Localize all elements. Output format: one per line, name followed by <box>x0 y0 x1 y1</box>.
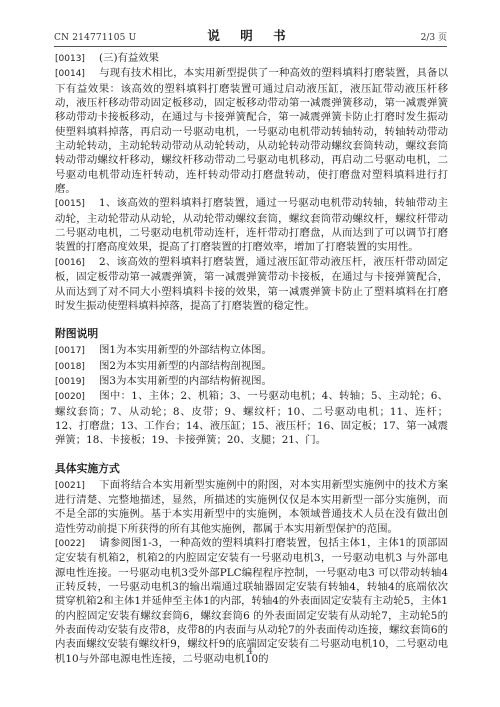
paragraph-0016: [0016]2、该高效的塑料填料打磨装置，通过液压缸带动液压杆，液压杆带动固定板… <box>55 255 448 313</box>
doc-title: 说 明 书 <box>54 26 447 44</box>
paragraph-0021: [0021]下面将结合本实用新型实施例中的附图，对本实用新型实施例中的技术方案进… <box>55 478 448 536</box>
paragraph-text: 1、该高效的塑料填料打磨装置，通过一号驱动电机带动转轴，转轴带动主动轮，主动轮带… <box>55 197 448 253</box>
paragraph-0019: [0019]图3为本实用新型的内部结构俯视图。 <box>55 374 448 389</box>
paragraph-0017: [0017]图1为本实用新型的外部结构立体图。 <box>55 343 448 358</box>
paragraph-text: 图2为本实用新型的内部结构剖视图。 <box>99 360 272 372</box>
page-info: 2/3 页 <box>421 30 447 43</box>
section-heading-figures: 附图说明 <box>55 327 448 341</box>
paragraph-number: [0013] <box>55 52 99 66</box>
paragraph-text: 图1为本实用新型的外部结构立体图。 <box>99 344 272 356</box>
paragraph-text: 下面将结合本实用新型实施例中的附图，对本实用新型实施例中的技术方案进行清楚、完整… <box>55 479 448 535</box>
paragraph-0014: [0014]与现有技术相比，本实用新型提供了一种高效的塑料填料打磨装置，具备以下… <box>55 66 448 196</box>
document-body: [0013](三)有益效果 [0014]与现有技术相比，本实用新型提供了一种高效… <box>55 51 448 666</box>
paragraph-0018: [0018]图2为本实用新型的内部结构剖视图。 <box>55 359 448 374</box>
paragraph-number: [0015] <box>55 197 99 211</box>
section-heading-embodiment: 具体实施方式 <box>55 462 448 476</box>
paragraph-text: 图3为本实用新型的内部结构俯视图。 <box>99 375 272 387</box>
paragraph-0013: [0013](三)有益效果 <box>55 51 448 66</box>
paragraph-text: 与现有技术相比，本实用新型提供了一种高效的塑料填料打磨装置，具备以下有益效果：该… <box>55 67 448 195</box>
paragraph-number: [0014] <box>55 67 99 81</box>
paragraph-0015: [0015]1、该高效的塑料填料打磨装置，通过一号驱动电机带动转轴，转轴带动主动… <box>55 196 448 254</box>
paragraph-number: [0019] <box>55 375 99 389</box>
paragraph-number: [0020] <box>55 390 99 404</box>
paragraph-text: 请参阅图1-3，一种高效的塑料填料打磨装置，包括主体1，主体1的顶部固定安装有机… <box>55 537 448 665</box>
page-header: CN 214771105 U 说 明 书 2/3 页 <box>54 28 447 47</box>
page-number: 4 <box>0 647 500 657</box>
paragraph-number: [0016] <box>55 256 99 270</box>
paragraph-0020: [0020]图中：1、主体；2、机箱；3、一号驱动电机；4、转轴；5、主动轮；6… <box>55 389 448 447</box>
paragraph-text: 图中：1、主体；2、机箱；3、一号驱动电机；4、转轴；5、主动轮；6、螺纹套筒；… <box>55 390 448 446</box>
paragraph-number: [0022] <box>55 537 99 551</box>
paragraph-number: [0017] <box>55 344 99 358</box>
paragraph-text: (三)有益效果 <box>99 52 159 64</box>
paragraph-number: [0021] <box>55 479 99 493</box>
paragraph-text: 2、该高效的塑料填料打磨装置，通过液压缸带动液压杆，液压杆带动固定板，固定板带动… <box>55 256 448 312</box>
paragraph-number: [0018] <box>55 360 99 374</box>
